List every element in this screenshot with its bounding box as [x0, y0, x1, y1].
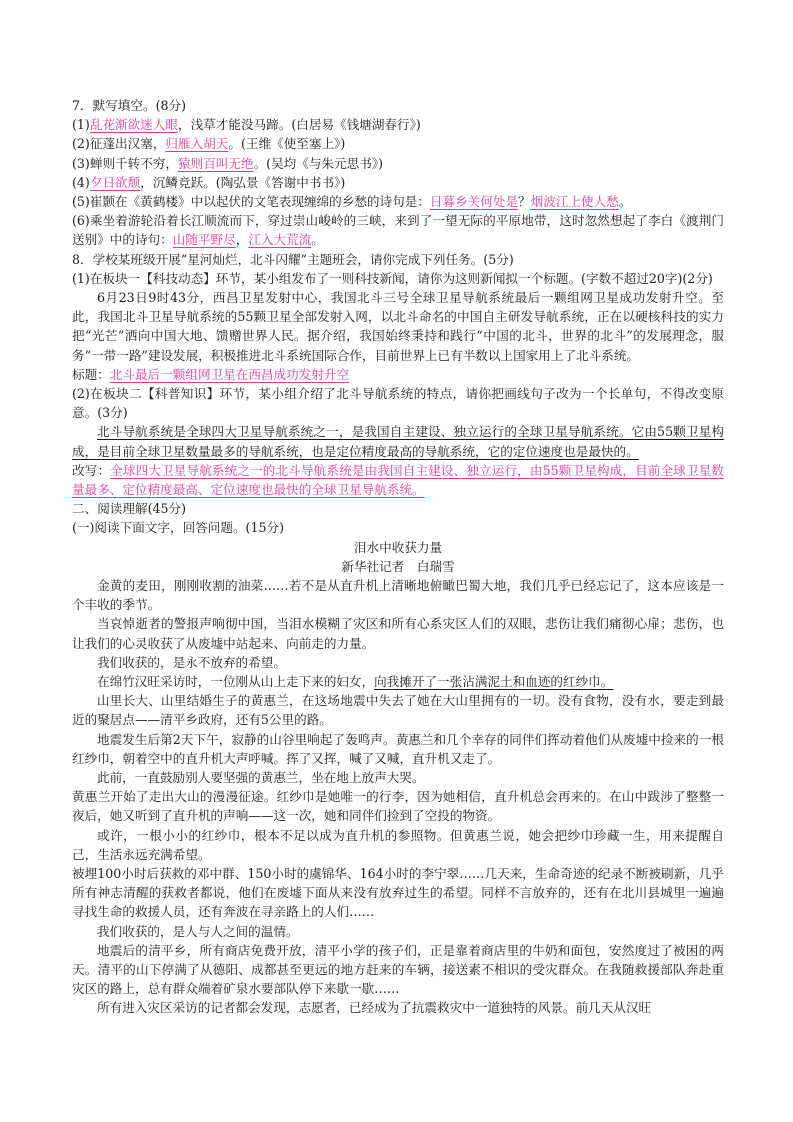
item-text: 乘坐着游轮沿着长江顺流而下，穿过崇山峻岭的三峡，来到了一望无际的平原地带，这时忽… [72, 213, 724, 247]
answer-text: 日暮乡关何处是 [430, 194, 518, 209]
q7-item-5: (5)崔颢在《黄鹤楼》中以起伏的文笔表现缠绵的乡愁的诗句是：日暮乡关何处是？烟波… [72, 192, 724, 211]
answer-text: 猿则百叫无绝 [178, 156, 254, 171]
item-text: ， [236, 232, 249, 247]
article-paragraph: 被埋100小时后获救的邓中群、150小时的虞锦华、164小时的李宁翠……几天来，… [72, 864, 724, 922]
underlined-passage: 北斗导航系统是全球四大卫星导航系统之一，是我国自主建设、独立运行的全球卫星导航系… [72, 424, 724, 458]
q8-title: 8．学校某班级开展“星河灿烂，北斗闪耀”主题班会，请你完成下列任务。(5分) [72, 250, 724, 269]
q8-part1-answer: 标题：北斗最后一颗组网卫星在西昌成功发射升空 [72, 365, 724, 384]
item-number: (4) [72, 175, 90, 190]
item-text: ，沉鳞竞跃。(陶弘景《答谢中书书》) [140, 175, 345, 190]
item-number: (1) [72, 117, 90, 132]
article-paragraph: 在绵竹汉旺采访时，一位刚从山上走下来的妇女，向我摊开了一张沾满泥土和血迹的红纱巾… [72, 672, 724, 691]
answer-text: 江入大荒流 [248, 232, 311, 247]
item-text: ？ [518, 194, 531, 209]
q8-part1-passage: 6月23日9时43分，西昌卫星发射中心，我国北斗三号全球卫星导航系统最后一颗组网… [72, 288, 724, 365]
article-paragraph: 当哀悼逝者的警报声响彻中国，当泪水模糊了灾区和所有心系灾区人们的双眼，悲伤让我们… [72, 614, 724, 652]
answer-text: 山随平野尽 [173, 232, 236, 247]
item-text: 。(吴均《与朱元思书》) [254, 156, 383, 171]
q8-part1-prompt: (1)在板块一【科技动态】环节，某小组发布了一则科技新闻，请你为这则新闻拟一个标… [72, 269, 724, 288]
article-byline: 新华社记者 白瑞雪 [72, 557, 724, 576]
item-text: 。(王维《使至塞上》) [228, 136, 345, 151]
q8-part2-answer: 改写：全球四大卫星导航系统之一的北斗导航系统是由我国自主建设、独立运行，由55颗… [72, 461, 724, 499]
item-number: (5) [72, 194, 90, 209]
item-text: 崔颢在《黄鹤楼》中以起伏的文笔表现缠绵的乡愁的诗句是： [90, 194, 430, 209]
item-text: 。 [311, 232, 324, 247]
q8-part2-prompt: (2)在板块二【科普知识】环节，某小组介绍了北斗导航系统的特点，请你把画线句子改… [72, 384, 724, 422]
q7-title: 7．默写填空。(8分) [72, 96, 724, 115]
article-paragraph: 地震发生后第2天下午，寂静的山谷里响起了轰鸣声。黄惠兰和几个幸存的同伴们挥动着他… [72, 730, 724, 768]
answer-label: 标题： [72, 367, 110, 382]
article-paragraph: 地震后的清平乡，所有商店免费开放，清平小学的孩子们，正是靠着商店里的牛奶和面包，… [72, 941, 724, 999]
article-paragraph: 山里长大、山里结婚生子的黄惠兰，在这场地震中失去了她在大山里拥有的一切。没有食物… [72, 691, 724, 729]
answer-label: 改写： [72, 463, 110, 478]
item-text: 征蓬出汉塞， [90, 136, 166, 151]
q7-item-1: (1)乱花渐欲迷人眼，浅草才能没马蹄。(白居易《钱塘湖春行》) [72, 115, 724, 134]
q7-item-6: (6)乘坐着游轮沿着长江顺流而下，穿过崇山峻岭的三峡，来到了一望无际的平原地带，… [72, 211, 724, 249]
item-number: (2) [72, 136, 90, 151]
document-page: 7．默写填空。(8分) (1)乱花渐欲迷人眼，浅草才能没马蹄。(白居易《钱塘湖春… [72, 96, 724, 1018]
answer-text: 归雁入胡天 [165, 136, 228, 151]
article-title: 泪水中收获力量 [72, 538, 724, 557]
q7-item-2: (2)征蓬出汉塞，归雁入胡天。(王维《使至塞上》) [72, 134, 724, 153]
item-number: (3) [72, 156, 90, 171]
article-paragraph: 我们收获的，是永不放弃的希望。 [72, 653, 724, 672]
q8-part2-passage: 北斗导航系统是全球四大卫星导航系统之一，是我国自主建设、独立运行的全球卫星导航系… [72, 422, 724, 460]
article-paragraph: 或许，一根小小的红纱巾，根本不足以成为直升机的参照物。但黄惠兰说，她会把纱巾珍藏… [72, 826, 724, 864]
underlined-sentence: 向我摊开了一张沾满泥土和血迹的红纱巾。 [374, 674, 613, 689]
article-paragraph: 黄惠兰开始了走出大山的漫漫征途。红纱巾是她唯一的行李，因为她相信，直升机总会再来… [72, 787, 724, 825]
article-paragraph: 我们收获的，是人与人之间的温情。 [72, 922, 724, 941]
article-paragraph: 此前，一直鼓励别人要坚强的黄惠兰，坐在地上放声大哭。 [72, 768, 724, 787]
item-text: 。 [619, 194, 632, 209]
q7-item-4: (4)夕日欲颓，沉鳞竞跃。(陶弘景《答谢中书书》) [72, 173, 724, 192]
answer-text: 北斗最后一颗组网卫星在西昌成功发射升空 [110, 367, 349, 382]
answer-text: 夕日欲颓 [90, 175, 140, 190]
paragraph-text: 在绵竹汉旺采访时，一位刚从山上走下来的妇女， [97, 674, 374, 689]
item-text: 蝉则千转不穷， [90, 156, 178, 171]
article-paragraph: 金黄的麦田，刚刚收割的油菜……若不是从直升机上清晰地俯瞰巴蜀大地，我们几乎已经忘… [72, 576, 724, 614]
section-2-title: 二、阅读理解(45分) [72, 499, 724, 518]
article-paragraph: 所有进入灾区采访的记者都会发现，志愿者，已经成为了抗震救灾中一道独特的风景。前几… [72, 998, 724, 1017]
answer-text: 乱花渐欲迷人眼 [90, 117, 178, 132]
answer-text: 全球四大卫星导航系统之一的北斗导航系统是由我国自主建设、独立运行，由55颗卫星构… [72, 463, 724, 497]
q7-item-3: (3)蝉则千转不穷，猿则百叫无绝。(吴均《与朱元思书》) [72, 154, 724, 173]
answer-text: 烟波江上使人愁 [531, 194, 619, 209]
item-number: (6) [72, 213, 90, 228]
section-2-subtitle: (一)阅读下面文字，回答问题。(15分) [72, 518, 724, 537]
item-text: ，浅草才能没马蹄。(白居易《钱塘湖春行》) [178, 117, 421, 132]
